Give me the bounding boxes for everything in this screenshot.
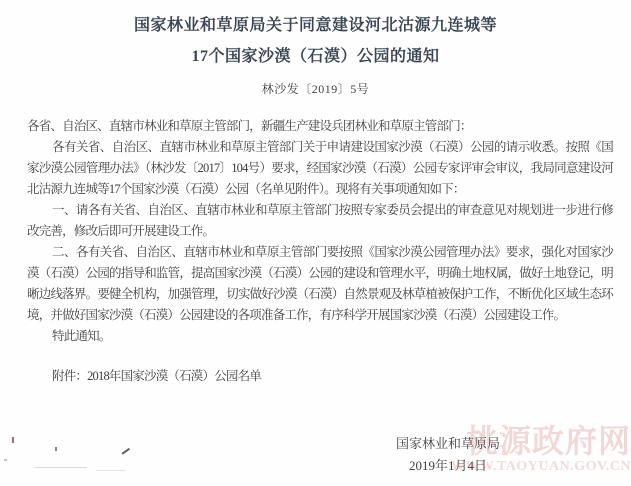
document-title-line1: 国家林业和草原局关于同意建设河北沽源九连城等 xyxy=(0,10,631,41)
document-body: 各省、自治区、直辖市林业和草原主管部门，新疆生产建设兵团林业和草原主管部门： 各… xyxy=(27,116,613,387)
document-number: 林沙发〔2019〕5号 xyxy=(0,80,631,97)
scan-artifact xyxy=(35,467,87,468)
paragraph-item-2: 二、各有关省、自治区、直辖市林业和草原主管部门要按照《国家沙漠公园管理办法》要求… xyxy=(27,242,613,326)
signer-name: 国家林业和草原局 xyxy=(396,433,500,455)
paragraph-item-1: 一、请各有关省、自治区、直辖市林业和草原主管部门按照专家委员会提出的审查意见对规… xyxy=(27,200,613,242)
document-title: 国家林业和草原局关于同意建设河北沽源九连城等 17个国家沙漠（石漠）公园的通知 xyxy=(0,10,631,72)
scan-artifact xyxy=(96,470,126,471)
document-title-line2: 17个国家沙漠（石漠）公园的通知 xyxy=(0,41,631,72)
scan-artifact xyxy=(117,441,130,454)
paragraph-intro: 各有关省、自治区、直辖市林业和草原主管部门关于申请建设国家沙漠（石漠）公园的请示… xyxy=(27,137,613,200)
scan-artifact xyxy=(4,459,7,461)
closing-line: 特此通知。 xyxy=(27,326,613,347)
signature-date: 2019年1月4日 xyxy=(396,455,500,477)
signature-block: 国家林业和草原局 2019年1月4日 xyxy=(396,433,500,477)
scan-artifact xyxy=(12,437,14,443)
attachment-line: 附件：2018年国家沙漠（石漠）公园名单 xyxy=(27,366,613,387)
scan-artifact xyxy=(55,447,57,451)
scanned-notice-page: 国家林业和草原局关于同意建设河北沽源九连城等 17个国家沙漠（石漠）公园的通知 … xyxy=(0,0,631,486)
salutation-line: 各省、自治区、直辖市林业和草原主管部门，新疆生产建设兵团林业和草原主管部门： xyxy=(27,116,613,137)
